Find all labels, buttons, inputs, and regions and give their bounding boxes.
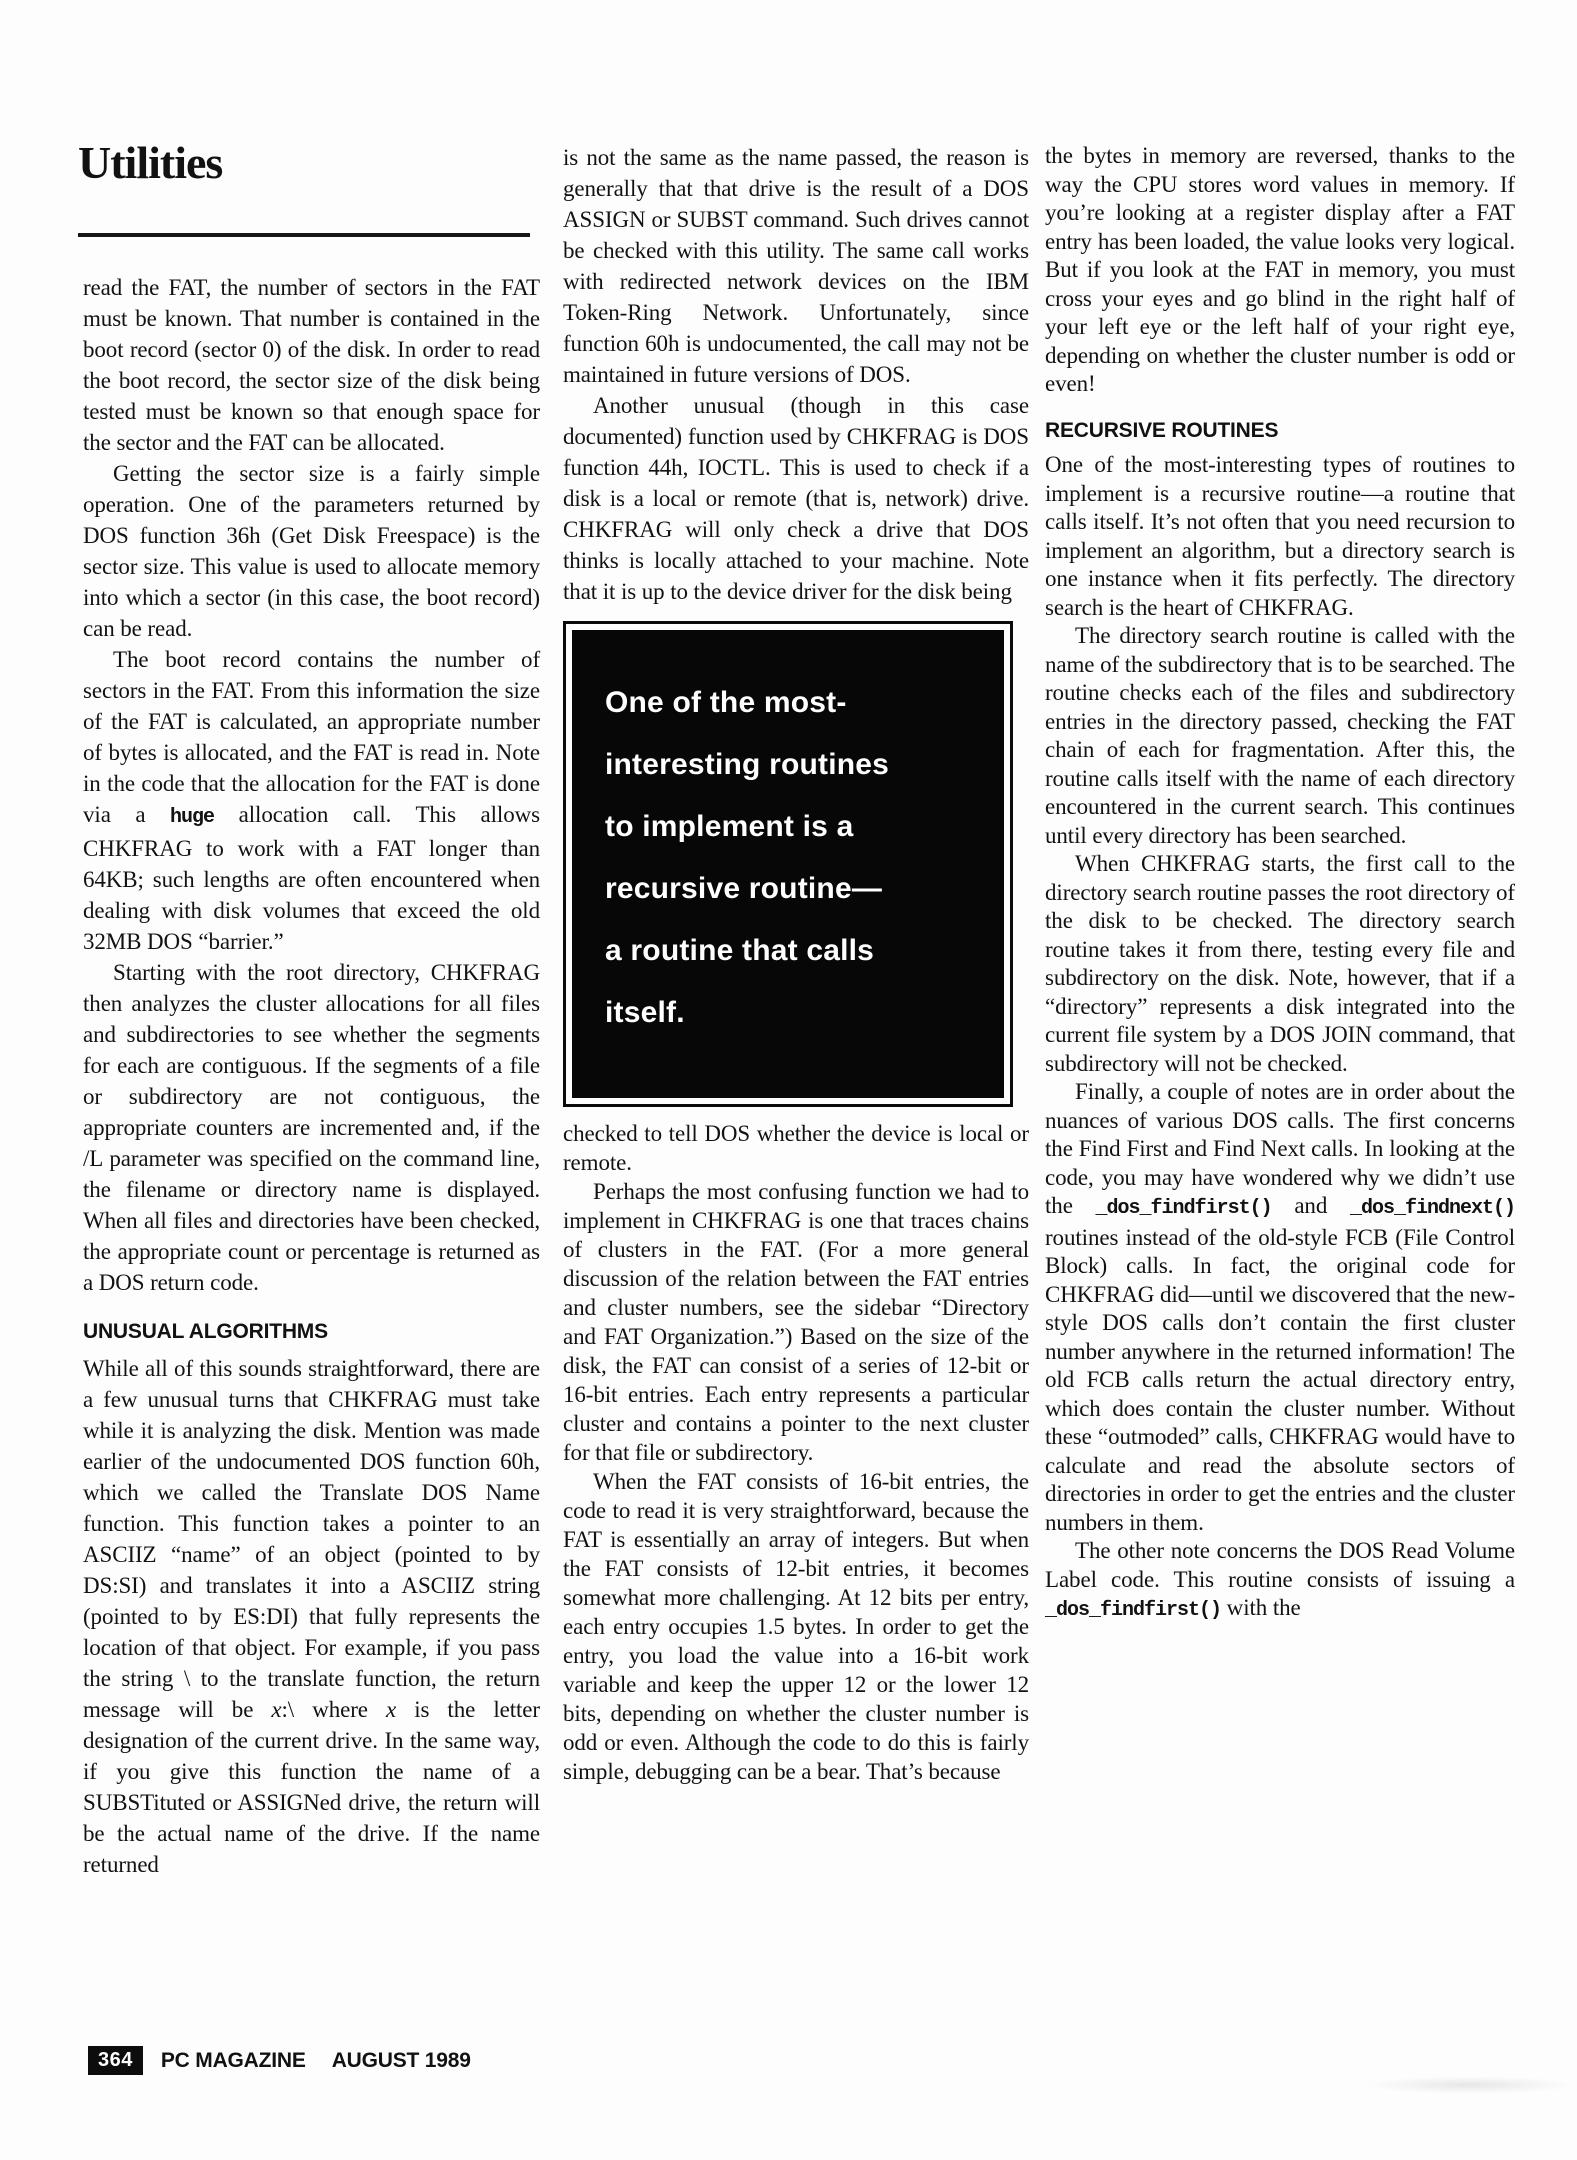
inline-code: _dos_findfirst(): [1096, 1197, 1272, 1220]
text-column-1: read the FAT, the number of sectors in t…: [83, 272, 540, 1880]
text-segment: the bytes in memory are reversed, thanks…: [1045, 143, 1515, 396]
pull-quote-text: One of the most-interesting routinesto i…: [572, 630, 1004, 1098]
column-2-upper-text: is not the same as the name passed, the …: [563, 142, 1029, 607]
text-segment: x: [271, 1697, 281, 1722]
text-segment: When CHKFRAG starts, the first call to t…: [1045, 851, 1515, 1076]
body-paragraph: Finally, a couple of notes are in order …: [1045, 1078, 1515, 1537]
section-subhead: RECURSIVE ROUTINES: [1045, 417, 1515, 446]
issue-date: AUGUST 1989: [332, 2049, 471, 2073]
magazine-name: PC MAGAZINE: [161, 2049, 306, 2073]
text-column-2: is not the same as the name passed, the …: [563, 142, 1029, 1786]
pull-quote-line: interesting routines: [605, 734, 986, 796]
section-subhead: UNUSUAL ALGORITHMS: [83, 1316, 540, 1347]
text-segment: When the FAT consists of 16-bit entries,…: [563, 1469, 1029, 1784]
body-paragraph: While all of this sounds straightforward…: [83, 1353, 540, 1880]
text-segment: Getting the sector size is a fairly simp…: [83, 461, 540, 641]
body-paragraph: One of the most-interesting types of rou…: [1045, 451, 1515, 622]
pull-quote-line: recursive routine—: [605, 858, 986, 920]
text-segment: Starting with the root directory, CHKFRA…: [83, 960, 540, 1295]
page-footer: 364 PC MAGAZINE AUGUST 1989: [88, 2046, 471, 2075]
body-paragraph: When the FAT consists of 16-bit entries,…: [563, 1467, 1029, 1786]
section-title-rule: [78, 233, 530, 237]
pull-quote-line: to implement is a: [605, 796, 986, 858]
text-segment: While all of this sounds straightforward…: [83, 1356, 540, 1722]
body-paragraph: read the FAT, the number of sectors in t…: [83, 272, 540, 458]
text-column-3: the bytes in memory are reversed, thanks…: [1045, 142, 1515, 1626]
inline-code: _dos_findnext(): [1350, 1197, 1515, 1220]
body-paragraph: checked to tell DOS whether the device i…: [563, 1119, 1029, 1177]
text-segment: The directory search routine is called w…: [1045, 623, 1515, 848]
text-segment: One of the most-interesting types of rou…: [1045, 452, 1515, 620]
text-segment: is not the same as the name passed, the …: [563, 145, 1029, 387]
body-paragraph: The directory search routine is called w…: [1045, 622, 1515, 850]
body-paragraph: The boot record contains the number of s…: [83, 644, 540, 957]
text-segment: x: [386, 1697, 396, 1722]
text-segment: Another unusual (though in this case doc…: [563, 393, 1029, 604]
body-paragraph: Starting with the root directory, CHKFRA…: [83, 957, 540, 1298]
column-2-lower-text: checked to tell DOS whether the device i…: [563, 1119, 1029, 1786]
text-segment: The other note concerns the DOS Read Vol…: [1045, 1538, 1515, 1592]
scan-artifact: [1365, 2076, 1575, 2094]
pull-quote-box: One of the most-interesting routinesto i…: [563, 621, 1013, 1107]
page-number-badge: 364: [88, 2046, 143, 2075]
body-paragraph: Getting the sector size is a fairly simp…: [83, 458, 540, 644]
text-segment: routines instead of the old-style FCB (F…: [1045, 1225, 1515, 1535]
text-segment: checked to tell DOS whether the device i…: [563, 1121, 1029, 1175]
body-paragraph: the bytes in memory are reversed, thanks…: [1045, 142, 1515, 399]
pull-quote-line: One of the most-: [605, 672, 986, 734]
text-segment: is the letter designation of the current…: [83, 1697, 540, 1877]
body-paragraph: is not the same as the name passed, the …: [563, 142, 1029, 390]
text-segment: read the FAT, the number of sectors in t…: [83, 275, 540, 455]
text-segment: Perhaps the most confusing function we h…: [563, 1179, 1029, 1465]
section-title: Utilities: [78, 136, 222, 189]
body-paragraph: The other note concerns the DOS Read Vol…: [1045, 1537, 1515, 1626]
body-paragraph: Another unusual (though in this case doc…: [563, 390, 1029, 607]
text-segment: with the: [1221, 1595, 1301, 1620]
text-segment: and: [1272, 1193, 1350, 1218]
text-segment: :\ where: [282, 1697, 386, 1722]
pull-quote-line: itself.: [605, 982, 986, 1044]
text-segment: The boot record contains the number of s…: [83, 647, 540, 827]
magazine-page: Utilities read the FAT, the number of se…: [0, 0, 1577, 2160]
inline-code: _dos_findfirst(): [1045, 1599, 1221, 1622]
pull-quote-line: a routine that calls: [605, 920, 986, 982]
body-paragraph: Perhaps the most confusing function we h…: [563, 1177, 1029, 1467]
inline-code: huge: [170, 806, 214, 829]
body-paragraph: When CHKFRAG starts, the first call to t…: [1045, 850, 1515, 1078]
